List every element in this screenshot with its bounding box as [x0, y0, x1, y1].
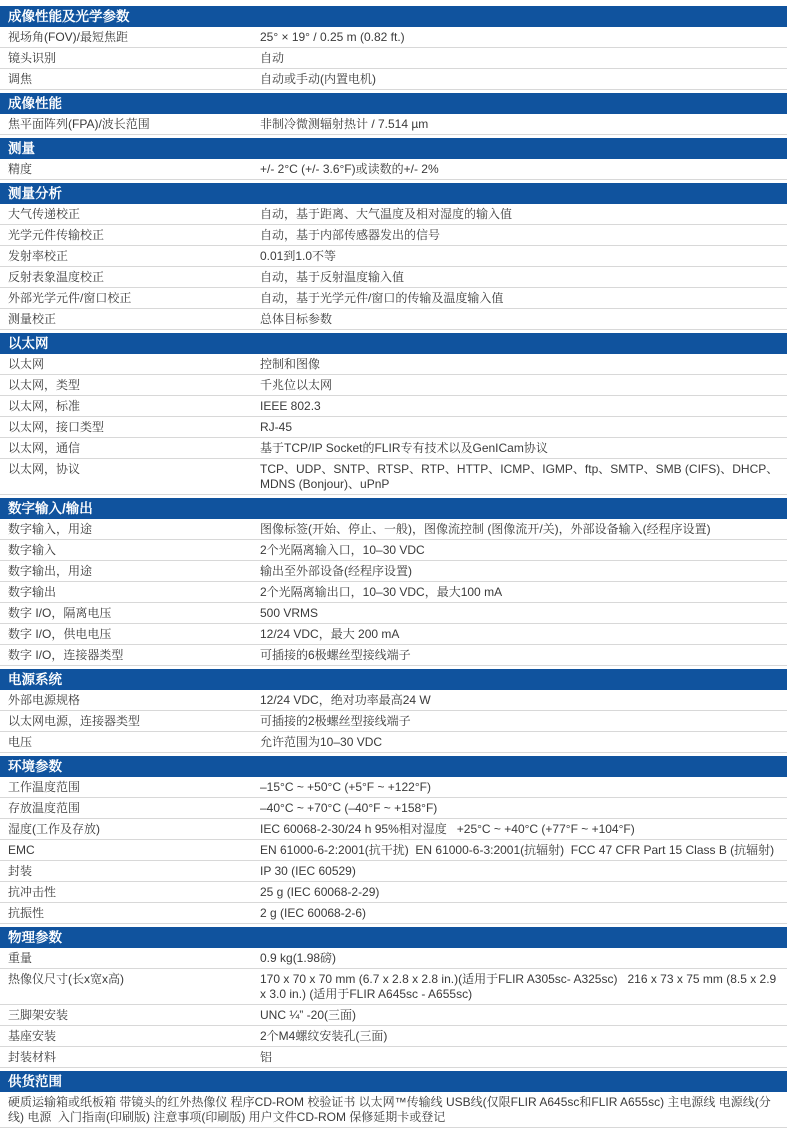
row-value: 控制和图像	[260, 357, 787, 372]
spec-row: 封装材料铝	[0, 1047, 787, 1068]
spec-table: 成像性能及光学参数视场角(FOV)/最短焦距25° × 19° / 0.25 m…	[0, 6, 787, 1128]
spec-row: 封装IP 30 (IEC 60529)	[0, 861, 787, 882]
spec-row: 镜头识别自动	[0, 48, 787, 69]
row-value: 自动或手动(内置电机)	[260, 72, 787, 87]
row-label: 焦平面阵列(FPA)/波长范围	[0, 117, 260, 132]
spec-row: 存放温度范围–40°C ~ +70°C (–40°F ~ +158°F)	[0, 798, 787, 819]
section-header: 数字输入/输出	[0, 498, 787, 519]
row-label: 数字输出，用途	[0, 564, 260, 579]
row-label: 光学元件传输校正	[0, 228, 260, 243]
row-value: +/- 2°C (+/- 3.6°F)或读数的+/- 2%	[260, 162, 787, 177]
row-value: UNC ¼” -20(三面)	[260, 1008, 787, 1023]
spec-row: 反射表象温度校正自动，基于反射温度输入值	[0, 267, 787, 288]
row-label: 电压	[0, 735, 260, 750]
row-value: IP 30 (IEC 60529)	[260, 864, 787, 879]
row-label: 封装材料	[0, 1050, 260, 1065]
row-label: 镜头识别	[0, 51, 260, 66]
row-label: 存放温度范围	[0, 801, 260, 816]
row-value: 自动，基于内部传感器发出的信号	[260, 228, 787, 243]
section-header: 成像性能	[0, 93, 787, 114]
section-header: 成像性能及光学参数	[0, 6, 787, 27]
row-value: 0.01到1.0不等	[260, 249, 787, 264]
row-value: 25° × 19° / 0.25 m (0.82 ft.)	[260, 30, 787, 45]
row-value: TCP、UDP、SNTP、RTSP、RTP、HTTP、ICMP、IGMP、ftp…	[260, 462, 787, 492]
spec-row: 焦平面阵列(FPA)/波长范围非制冷微测辐射热计 / 7.514 µm	[0, 114, 787, 135]
row-label: 三脚架安装	[0, 1008, 260, 1023]
spec-row: 外部光学元件/窗口校正自动，基于光学元件/窗口的传输及温度输入值	[0, 288, 787, 309]
row-value: 非制冷微测辐射热计 / 7.514 µm	[260, 117, 787, 132]
row-label: 以太网，通信	[0, 441, 260, 456]
spec-row: 以太网，协议TCP、UDP、SNTP、RTSP、RTP、HTTP、ICMP、IG…	[0, 459, 787, 495]
row-value: –40°C ~ +70°C (–40°F ~ +158°F)	[260, 801, 787, 816]
row-label: 基座安装	[0, 1029, 260, 1044]
row-value: 千兆位以太网	[260, 378, 787, 393]
row-label: 热像仪尺寸(长x宽x高)	[0, 972, 260, 1002]
row-label: 以太网，接口类型	[0, 420, 260, 435]
row-value: 自动，基于距离、大气温度及相对湿度的输入值	[260, 207, 787, 222]
section-header: 环境参数	[0, 756, 787, 777]
spec-row: 大气传递校正自动，基于距离、大气温度及相对湿度的输入值	[0, 204, 787, 225]
row-value: 总体目标参数	[260, 312, 787, 327]
spec-row: 数字 I/O，连接器类型可插接的6极螺丝型接线端子	[0, 645, 787, 666]
spec-row: 数字输入，用途图像标签(开始、停止、一般)，图像流控制 (图像流开/关)，外部设…	[0, 519, 787, 540]
row-label: 视场角(FOV)/最短焦距	[0, 30, 260, 45]
row-value: 500 VRMS	[260, 606, 787, 621]
row-label: 抗振性	[0, 906, 260, 921]
spec-sheet-page: 成像性能及光学参数视场角(FOV)/最短焦距25° × 19° / 0.25 m…	[0, 0, 787, 1128]
row-value: 2个光隔离输出口，10–30 VDC，最大100 mA	[260, 585, 787, 600]
row-label: 发射率校正	[0, 249, 260, 264]
row-label: 数字 I/O，连接器类型	[0, 648, 260, 663]
row-value: 2 g (IEC 60068-2-6)	[260, 906, 787, 921]
row-value: 图像标签(开始、停止、一般)，图像流控制 (图像流开/关)，外部设备输入(经程序…	[260, 522, 787, 537]
spec-row: 数字 I/O，隔离电压500 VRMS	[0, 603, 787, 624]
row-value: 自动	[260, 51, 787, 66]
spec-row: 电压允许范围为10–30 VDC	[0, 732, 787, 753]
spec-row: 硬质运输箱或纸板箱 带镜头的红外热像仪 程序CD-ROM 校验证书 以太网™传输…	[0, 1092, 787, 1128]
spec-row: 数字输入2个光隔离输入口，10–30 VDC	[0, 540, 787, 561]
row-value: 自动，基于反射温度输入值	[260, 270, 787, 285]
spec-row: 数字输出2个光隔离输出口，10–30 VDC，最大100 mA	[0, 582, 787, 603]
spec-row: 外部电源规格12/24 VDC，绝对功率最高24 W	[0, 690, 787, 711]
row-value: 硬质运输箱或纸板箱 带镜头的红外热像仪 程序CD-ROM 校验证书 以太网™传输…	[0, 1095, 787, 1125]
section-header: 电源系统	[0, 669, 787, 690]
spec-row: 抗振性2 g (IEC 60068-2-6)	[0, 903, 787, 924]
row-label: 大气传递校正	[0, 207, 260, 222]
row-label: 抗冲击性	[0, 885, 260, 900]
row-value: 12/24 VDC，绝对功率最高24 W	[260, 693, 787, 708]
spec-row: 视场角(FOV)/最短焦距25° × 19° / 0.25 m (0.82 ft…	[0, 27, 787, 48]
row-value: 铝	[260, 1050, 787, 1065]
row-value: 2个M4螺纹安装孔(三面)	[260, 1029, 787, 1044]
row-label: 数字输入	[0, 543, 260, 558]
row-label: 数字 I/O，供电电压	[0, 627, 260, 642]
spec-row: 以太网，标准IEEE 802.3	[0, 396, 787, 417]
row-label: EMC	[0, 843, 260, 858]
spec-row: 热像仪尺寸(长x宽x高)170 x 70 x 70 mm (6.7 x 2.8 …	[0, 969, 787, 1005]
row-value: 输出至外部设备(经程序设置)	[260, 564, 787, 579]
row-value: 可插接的6极螺丝型接线端子	[260, 648, 787, 663]
row-label: 外部电源规格	[0, 693, 260, 708]
spec-row: 测量校正总体目标参数	[0, 309, 787, 330]
spec-row: 重量0.9 kg(1.98磅)	[0, 948, 787, 969]
row-label: 测量校正	[0, 312, 260, 327]
spec-row: 以太网，类型千兆位以太网	[0, 375, 787, 396]
row-label: 重量	[0, 951, 260, 966]
row-label: 数字输入，用途	[0, 522, 260, 537]
spec-row: 数字输出，用途输出至外部设备(经程序设置)	[0, 561, 787, 582]
row-label: 调焦	[0, 72, 260, 87]
row-value: IEEE 802.3	[260, 399, 787, 414]
spec-row: 抗冲击性25 g (IEC 60068-2-29)	[0, 882, 787, 903]
row-label: 数字输出	[0, 585, 260, 600]
row-label: 工作温度范围	[0, 780, 260, 795]
section-header: 以太网	[0, 333, 787, 354]
row-value: EN 61000-6-2:2001(抗干扰) EN 61000-6-3:2001…	[260, 843, 787, 858]
row-value: –15°C ~ +50°C (+5°F ~ +122°F)	[260, 780, 787, 795]
row-label: 封装	[0, 864, 260, 879]
spec-row: 调焦自动或手动(内置电机)	[0, 69, 787, 90]
row-value: 12/24 VDC，最大 200 mA	[260, 627, 787, 642]
spec-row: 以太网电源，连接器类型可插接的2极螺丝型接线端子	[0, 711, 787, 732]
section-header: 供货范围	[0, 1071, 787, 1092]
row-label: 以太网	[0, 357, 260, 372]
spec-row: 工作温度范围–15°C ~ +50°C (+5°F ~ +122°F)	[0, 777, 787, 798]
row-label: 以太网，标准	[0, 399, 260, 414]
spec-row: 三脚架安装UNC ¼” -20(三面)	[0, 1005, 787, 1026]
row-label: 湿度(工作及存放)	[0, 822, 260, 837]
section-header: 物理参数	[0, 927, 787, 948]
row-value: 0.9 kg(1.98磅)	[260, 951, 787, 966]
spec-row: 发射率校正0.01到1.0不等	[0, 246, 787, 267]
row-value: 允许范围为10–30 VDC	[260, 735, 787, 750]
row-value: 25 g (IEC 60068-2-29)	[260, 885, 787, 900]
row-value: 自动，基于光学元件/窗口的传输及温度输入值	[260, 291, 787, 306]
row-label: 反射表象温度校正	[0, 270, 260, 285]
row-value: 170 x 70 x 70 mm (6.7 x 2.8 x 2.8 in.)(适…	[260, 972, 787, 1002]
row-value: RJ-45	[260, 420, 787, 435]
row-label: 外部光学元件/窗口校正	[0, 291, 260, 306]
spec-row: 数字 I/O，供电电压12/24 VDC，最大 200 mA	[0, 624, 787, 645]
section-header: 测量	[0, 138, 787, 159]
row-value: 2个光隔离输入口，10–30 VDC	[260, 543, 787, 558]
row-value: 基于TCP/IP Socket的FLIR专有技术以及GenICam协议	[260, 441, 787, 456]
spec-row: 光学元件传输校正自动，基于内部传感器发出的信号	[0, 225, 787, 246]
row-label: 数字 I/O，隔离电压	[0, 606, 260, 621]
row-value: 可插接的2极螺丝型接线端子	[260, 714, 787, 729]
row-label: 以太网，类型	[0, 378, 260, 393]
spec-row: 以太网，接口类型RJ-45	[0, 417, 787, 438]
spec-row: 以太网控制和图像	[0, 354, 787, 375]
row-label: 以太网，协议	[0, 462, 260, 492]
section-header: 测量分析	[0, 183, 787, 204]
spec-row: 以太网，通信基于TCP/IP Socket的FLIR专有技术以及GenICam协…	[0, 438, 787, 459]
row-value: IEC 60068-2-30/24 h 95%相对湿度 +25°C ~ +40°…	[260, 822, 787, 837]
row-label: 以太网电源，连接器类型	[0, 714, 260, 729]
spec-row: EMCEN 61000-6-2:2001(抗干扰) EN 61000-6-3:2…	[0, 840, 787, 861]
spec-row: 基座安装2个M4螺纹安装孔(三面)	[0, 1026, 787, 1047]
spec-row: 湿度(工作及存放)IEC 60068-2-30/24 h 95%相对湿度 +25…	[0, 819, 787, 840]
row-label: 精度	[0, 162, 260, 177]
spec-row: 精度+/- 2°C (+/- 3.6°F)或读数的+/- 2%	[0, 159, 787, 180]
